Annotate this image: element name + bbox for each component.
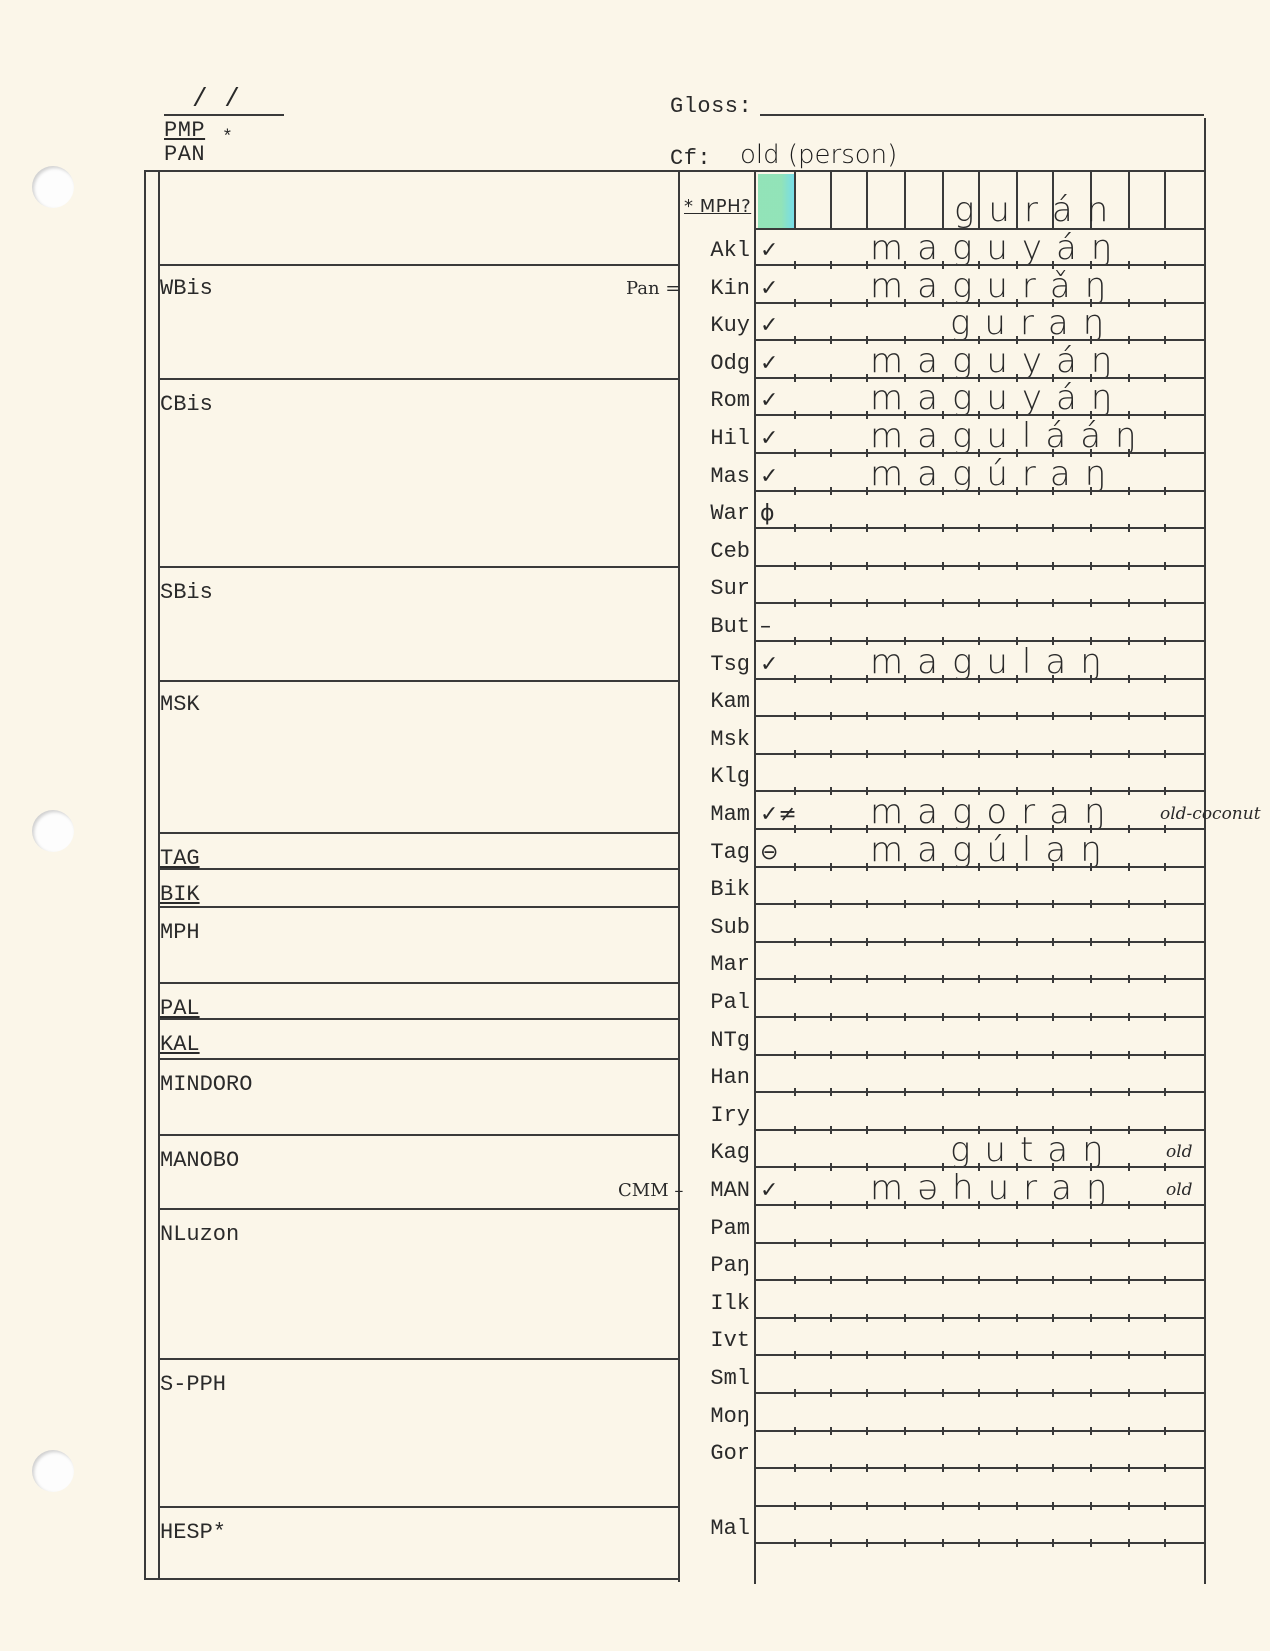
group-label-kal: KAL xyxy=(160,1032,200,1057)
proto-form: gurán xyxy=(954,190,1122,230)
lang-label: Pam xyxy=(690,1216,750,1241)
group-label-sbis: SBis xyxy=(160,580,213,605)
reflex-cell[interactable] xyxy=(756,1208,1202,1242)
group-divider xyxy=(158,264,678,266)
lang-label: Tag xyxy=(690,840,750,865)
reflex-form: magúraŋ xyxy=(870,454,1120,494)
reflex-cell[interactable] xyxy=(756,907,1202,941)
lang-label: Kam xyxy=(690,689,750,714)
lang-label: Tsg xyxy=(690,652,750,677)
group-label-hesp: HESP* xyxy=(160,1520,226,1545)
reflex-cell[interactable] xyxy=(756,1057,1202,1091)
group-divider xyxy=(158,868,678,870)
subgroup-note: Pan = xyxy=(626,278,680,299)
proto-cell-divider xyxy=(1128,170,1130,230)
reflex-form: guraŋ xyxy=(950,303,1118,343)
reflex-form: magulaŋ xyxy=(870,642,1116,682)
lang-label: Ceb xyxy=(690,539,750,564)
group-divider xyxy=(158,982,678,984)
reflex-form: maguyáŋ xyxy=(870,228,1126,268)
row-tick xyxy=(830,1539,832,1547)
lang-label: Kag xyxy=(690,1140,750,1165)
reflex-form: magulááŋ xyxy=(870,416,1151,456)
lang-label: Bik xyxy=(690,877,750,902)
date-underline xyxy=(164,114,284,116)
group-label-wbis: WBis xyxy=(160,276,213,301)
proto-cell-divider xyxy=(942,170,944,230)
reflex-form: məhuraŋ xyxy=(870,1168,1122,1208)
proto-cell-divider xyxy=(1164,170,1166,230)
reflex-cell[interactable] xyxy=(756,944,1202,978)
reflex-form: gutaŋ xyxy=(950,1130,1118,1170)
pan-label: PAN xyxy=(164,142,205,167)
group-label-bik: BIK xyxy=(160,882,200,907)
reflex-cell[interactable] xyxy=(756,756,1202,790)
lang-label: Iry xyxy=(690,1103,750,1128)
subgroup-note: CMM – xyxy=(618,1180,683,1201)
group-label-spph: S-PPH xyxy=(160,1372,226,1397)
proto-cell-divider xyxy=(830,170,832,230)
proto-cell-divider xyxy=(866,170,868,230)
reflex-cell[interactable] xyxy=(756,568,1202,602)
lang-label: Sur xyxy=(690,576,750,601)
gloss-field-line[interactable] xyxy=(760,114,1204,116)
lang-label: Odg xyxy=(690,351,750,376)
lang-label: Sub xyxy=(690,915,750,940)
reflex-form: magoraŋ xyxy=(870,792,1120,832)
reflex-form: maguyáŋ xyxy=(870,341,1126,381)
group-divider xyxy=(158,832,678,834)
lang-label: Paŋ xyxy=(690,1253,750,1278)
reflex-cell[interactable] xyxy=(756,1283,1202,1317)
frame-left-border xyxy=(144,170,146,1578)
row-tick xyxy=(1128,1539,1130,1547)
lang-label: Hil xyxy=(690,426,750,451)
row-tick xyxy=(1016,1539,1018,1547)
proto-highlight xyxy=(758,174,794,228)
gloss-label: Gloss: xyxy=(670,94,752,119)
group-label-nluzon: NLuzon xyxy=(160,1222,239,1247)
group-divider xyxy=(158,1358,678,1360)
lang-label: Klg xyxy=(690,764,750,789)
row-tick xyxy=(794,1539,796,1547)
reflex-form: magurǎŋ xyxy=(870,266,1120,306)
gloss-note: old xyxy=(1166,1142,1193,1162)
frame-inner-left-border xyxy=(158,170,160,1578)
group-label-cbis: CBis xyxy=(160,392,213,417)
lang-label: Akl xyxy=(690,238,750,263)
lang-label: But xyxy=(690,614,750,639)
cf-value: old (person) xyxy=(740,140,897,170)
reflex-cell[interactable] xyxy=(756,681,1202,715)
row-tick xyxy=(1164,1539,1166,1547)
row-tick xyxy=(1090,1539,1092,1547)
lang-label: Ivt xyxy=(690,1328,750,1353)
cf-label: Cf: xyxy=(670,146,711,171)
group-divider xyxy=(158,1506,678,1508)
group-divider xyxy=(158,1018,678,1020)
lang-label: War xyxy=(690,501,750,526)
lang-label: Mas xyxy=(690,464,750,489)
lang-label: Mar xyxy=(690,952,750,977)
group-label-mindoro: MINDORO xyxy=(160,1072,252,1097)
reflex-cell[interactable] xyxy=(756,531,1202,565)
row-tick xyxy=(1052,1539,1054,1547)
row-tick xyxy=(866,1539,868,1547)
lang-label: Han xyxy=(690,1065,750,1090)
lang-label: NTg xyxy=(690,1028,750,1053)
group-divider xyxy=(158,906,678,908)
reflex-cell[interactable] xyxy=(756,1320,1202,1354)
proto-row-label: * MPH? xyxy=(684,196,751,217)
lang-label: Pal xyxy=(690,990,750,1015)
reflex-cell[interactable] xyxy=(756,1433,1202,1467)
pmp-label: PMP xyxy=(164,118,205,143)
group-divider xyxy=(158,378,678,380)
proto-cell-divider xyxy=(904,170,906,230)
lang-label: Ilk xyxy=(690,1291,750,1316)
lang-label: MAN xyxy=(690,1178,750,1203)
reflex-cell[interactable] xyxy=(756,493,1202,527)
reflex-cell[interactable] xyxy=(756,1508,1202,1542)
lang-label: Sml xyxy=(690,1366,750,1391)
date-slashes: / / xyxy=(192,84,240,114)
group-divider xyxy=(158,680,678,682)
reflex-cell[interactable] xyxy=(756,719,1202,753)
row-tick xyxy=(904,1539,906,1547)
frame-bottom-border xyxy=(144,1578,678,1580)
proto-cell-divider xyxy=(794,170,796,230)
lang-label: Gor xyxy=(690,1441,750,1466)
lang-label: Kin xyxy=(690,276,750,301)
gloss-note: old xyxy=(1166,1180,1193,1200)
reflex-cell[interactable] xyxy=(756,982,1202,1016)
reflex-cell[interactable] xyxy=(756,1471,1202,1505)
reflex-cell[interactable] xyxy=(756,1020,1202,1054)
pmp-asterisk: * xyxy=(222,128,233,148)
lang-label: Msk xyxy=(690,727,750,752)
binder-hole-middle xyxy=(32,810,74,852)
row-tick xyxy=(978,1539,980,1547)
row-tick xyxy=(942,1539,944,1547)
frame-top-border xyxy=(144,170,1204,172)
group-label-manobo: MANOBO xyxy=(160,1148,239,1173)
group-divider xyxy=(158,1134,678,1136)
reflex-form: magúlaŋ xyxy=(870,830,1116,870)
lang-label: Rom xyxy=(690,388,750,413)
reflex-cell[interactable] xyxy=(756,1396,1202,1430)
group-label-mph: MPH xyxy=(160,920,200,945)
lang-label: Moŋ xyxy=(690,1404,750,1429)
lang-label: Mal xyxy=(690,1516,750,1541)
group-divider xyxy=(158,1058,678,1060)
group-label-msk: MSK xyxy=(160,692,200,717)
reflex-cell[interactable] xyxy=(756,606,1202,640)
lang-label: Mam xyxy=(690,802,750,827)
binder-hole-top xyxy=(32,166,74,208)
reflex-cell[interactable] xyxy=(756,1095,1202,1129)
reflex-cell[interactable] xyxy=(756,869,1202,903)
binder-hole-bottom xyxy=(32,1450,74,1492)
reflex-form: maguyáŋ xyxy=(870,378,1126,418)
group-divider xyxy=(158,566,678,568)
group-divider xyxy=(158,1208,678,1210)
reflex-cell[interactable] xyxy=(756,1245,1202,1279)
reflex-cell[interactable] xyxy=(756,1358,1202,1392)
lang-label: Kuy xyxy=(690,313,750,338)
gloss-note: old-coconut xyxy=(1160,804,1261,824)
